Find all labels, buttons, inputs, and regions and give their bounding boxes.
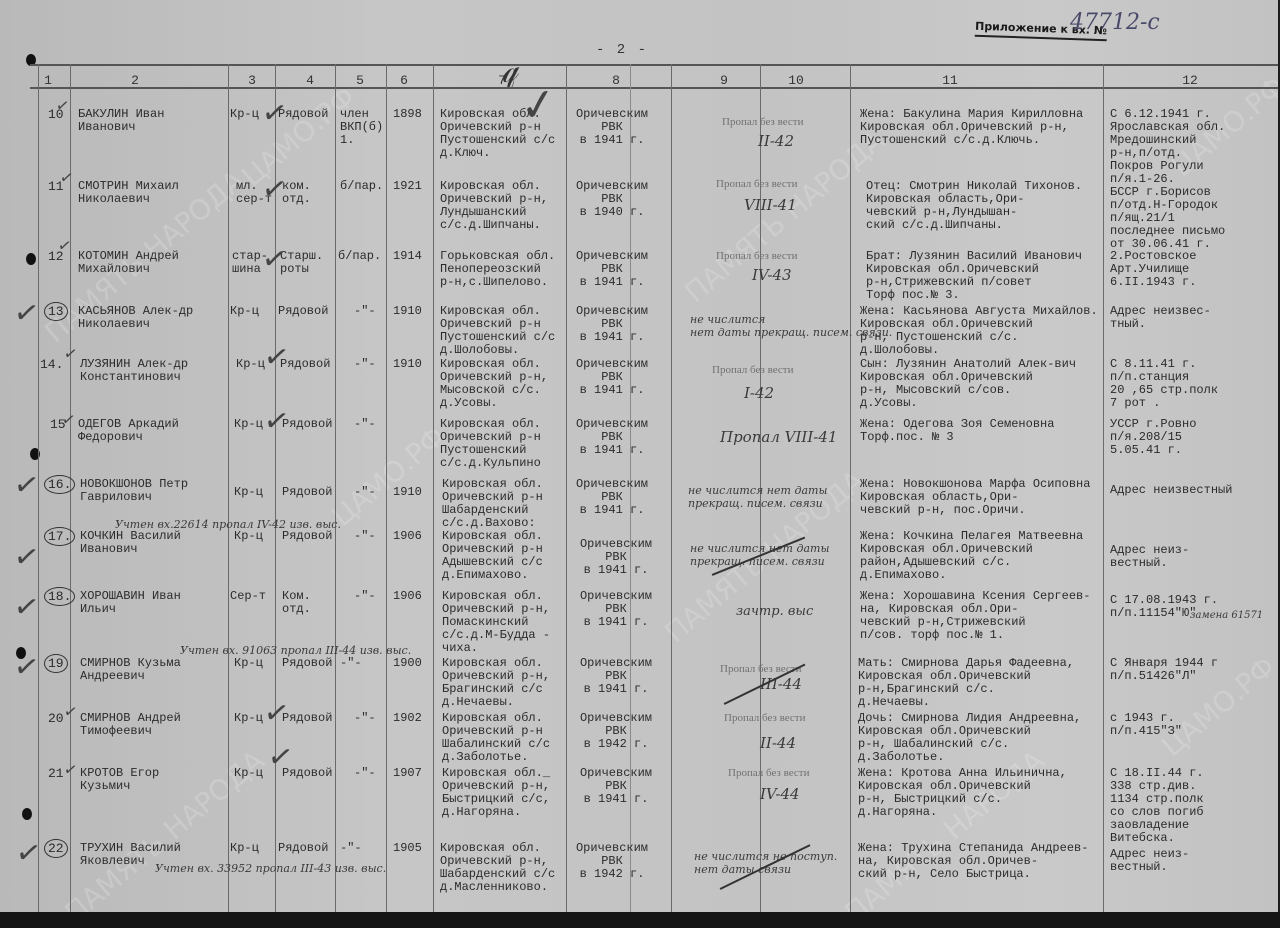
birthplace: Кировская обл. Оричевский р-н Адышевский… — [442, 530, 543, 582]
status-stamp: Пропал без вести — [720, 663, 801, 675]
relative-info: Жена: Бакулина Мария Кирилловна Кировска… — [860, 108, 1083, 147]
last-address: С 6.12.1941 г. Ярославская обл. Мредошин… — [1110, 108, 1225, 186]
column-header: 3 — [232, 73, 272, 88]
relative-info: Жена: Одегова Зоя Семеновна Торф.пос. № … — [860, 418, 1054, 444]
party: -"- — [340, 657, 362, 670]
column-header: 5 — [340, 73, 380, 88]
relative-info: Мать: Смирнова Дарья Фадеевна, Кировская… — [858, 657, 1074, 709]
page-number: - 2 - — [596, 42, 648, 58]
check-mark-icon: ✓ — [261, 338, 292, 377]
soldier-name: КОТОМИН Андрей Михайлович — [78, 250, 179, 276]
status-stamp: Пропал без вести — [724, 712, 805, 724]
rank: Кр-ц — [234, 767, 263, 780]
birth-year: 1906 — [393, 590, 422, 603]
position: Ком. отд. — [282, 590, 311, 616]
last-address: БССР г.Борисов п/отд.Н-Городок п/ящ.21/1… — [1110, 186, 1225, 251]
rank: Кр-ц — [234, 530, 263, 543]
position: Рядовой — [278, 305, 328, 318]
birth-year: 1910 — [393, 358, 422, 371]
position: Рядовой — [282, 657, 332, 670]
rank: Кр-ц — [230, 842, 259, 855]
birthplace: Кировская обл. Оричевский р-н Пустошенск… — [440, 305, 555, 357]
party: -"- — [354, 418, 376, 431]
column-divider — [566, 64, 567, 912]
column-divider — [850, 64, 851, 912]
relative-info: Жена: Кочкина Пелагея Матвеевна Кировска… — [860, 530, 1083, 582]
status-date: I-42 — [744, 384, 774, 402]
soldier-name: КРОТОВ Егор Кузьмич — [80, 767, 159, 793]
handwritten-note: зачтр. выс — [736, 604, 813, 619]
rank: Кр-ц — [230, 305, 259, 318]
rank: Кр-ц — [234, 418, 263, 431]
soldier-name: СМИРНОВ Андрей Тимофеевич — [80, 712, 181, 738]
rank: Сер-т — [230, 590, 266, 603]
relative-info: Жена: Трухина Степанида Андреев- на, Кир… — [858, 842, 1088, 881]
incoming-number: 47712-с — [1070, 10, 1160, 35]
row-number: 22 — [44, 842, 68, 855]
birthplace: Кировская обл. Оричевский р-н, Шабарденс… — [440, 842, 555, 894]
status-stamp: Пропал без вести — [712, 364, 793, 376]
table-header-border — [30, 87, 1278, 89]
soldier-name: ЛУЗЯНИН Алек-др Константинович — [80, 358, 188, 384]
birthplace: Кировская обл._ Оричевский р-н, Быстрицк… — [442, 767, 550, 819]
party: -"- — [354, 358, 376, 371]
row-number: 19 — [44, 657, 68, 670]
position: Рядовой — [278, 842, 328, 855]
birthplace: Кировская обл. Оричевский р-н Шабарденск… — [442, 478, 543, 530]
status-date: IV-43 — [752, 266, 792, 284]
row-number: 18. — [44, 590, 75, 603]
party: -"- — [354, 305, 376, 318]
rank: Кр-ц — [234, 712, 263, 725]
drafted-by: Оричевским РВК в 1941 г. — [576, 590, 656, 629]
drafted-by: Оричевским РВК в 1941 г. — [572, 305, 652, 344]
birthplace: Кировская обл. Оричевский р-н, Брагински… — [442, 657, 550, 709]
birthplace: Горьковская обл. Пенопереозский р-н,с.Ши… — [440, 250, 555, 289]
soldier-name: ХОРОШАВИН Иван Ильич — [80, 590, 181, 616]
birthplace: Кировская обл. Оричевский р-н, Лундышанс… — [440, 180, 548, 232]
row-number: 21 — [48, 767, 64, 780]
birth-year: 1910 — [393, 305, 422, 318]
relative-info: Жена: Кротова Анна Ильинична, Кировская … — [858, 767, 1067, 819]
column-divider — [433, 64, 434, 912]
check-mark-icon: ✓ — [54, 95, 71, 116]
relative-info: Дочь: Смирнова Лидия Андреевна, Кировска… — [858, 712, 1081, 764]
status-date: III-44 — [760, 675, 802, 693]
last-address: С 8.11.41 г. п/п.станция 20 ,65 стр.полк… — [1110, 358, 1218, 410]
handwritten-note: не числится не поступ. нет даты связи — [694, 850, 837, 876]
soldier-name: ОДЕГОВ Аркадий Федорович — [78, 418, 179, 444]
column-header: 2 — [115, 73, 155, 88]
column-divider — [1103, 64, 1104, 912]
birthplace: Кировская обл. Оричевский р-н Пустошенск… — [440, 418, 541, 470]
column-header: 7 — [482, 73, 522, 88]
last-address: с 1943 г. п/п.415"З" — [1110, 712, 1182, 738]
party: б/пар. — [338, 250, 381, 263]
archive-document-page: ЦАМО.РФ ПАМЯТЬ НАРОДА ЦАМО.РФ ПАМЯТЬ НАР… — [0, 0, 1278, 912]
rank: Кр-ц — [234, 486, 263, 499]
drafted-by: Оричевским РВК в 1941 г. — [572, 108, 652, 147]
column-header: 9 — [704, 73, 744, 88]
party: -"- — [354, 712, 376, 725]
party: -"- — [354, 486, 376, 499]
column-header: 10 — [776, 73, 816, 88]
column-header: 6 — [384, 73, 424, 88]
birthplace: Кировская обл. Оричевский р-н, Помаскинс… — [442, 590, 550, 655]
check-mark-icon: ✓ — [259, 94, 290, 133]
soldier-name: БАКУЛИН Иван Иванович — [78, 108, 164, 134]
check-mark-icon: ✓ — [62, 701, 79, 722]
status-date: IV-44 — [760, 785, 800, 803]
last-address: С 18.II.44 г. 338 стр.див. 1134 стр.полк… — [1110, 767, 1204, 845]
column-header: 4 — [290, 73, 330, 88]
last-address: Адрес неизвес- тный. — [1110, 305, 1211, 331]
drafted-by: Оричевским РВК в 1940 г. — [572, 180, 652, 219]
column-header: 11 — [930, 73, 970, 88]
last-address: Адрес неиз- вестный. — [1110, 848, 1189, 874]
status-stamp: Пропал без вести — [722, 116, 803, 128]
party: -"- — [340, 842, 362, 855]
relative-info: Жена: Новокшонова Марфа Осиповна Кировск… — [860, 478, 1090, 517]
check-mark-icon: ✓ — [62, 759, 79, 780]
position: Рядовой — [282, 530, 332, 543]
last-address: УССР г.Ровно п/я.208/15 5.05.41 г. — [1110, 418, 1196, 457]
birth-year: 1910 — [393, 486, 422, 499]
punch-hole — [22, 808, 32, 820]
column-divider — [228, 64, 229, 912]
drafted-by: Оричевским РВК в 1941 г. — [572, 358, 652, 397]
column-header: 12 — [1170, 73, 1210, 88]
birthplace: Кировская обл. Оричевский р-н Шабалински… — [442, 712, 550, 764]
row-number: 17. — [44, 530, 75, 543]
birth-year: 1902 — [393, 712, 422, 725]
column-header: 8 — [596, 73, 636, 88]
drafted-by: Оричевским РВК в 1941 г. — [572, 418, 652, 457]
birth-year: 1900 — [393, 657, 422, 670]
status-date: VIII-41 — [744, 196, 797, 214]
check-mark-icon: ✓ — [13, 834, 44, 873]
relative-info: Сын: Лузянин Анатолий Алек-вич Кировская… — [860, 358, 1076, 410]
party: б/пар. — [340, 180, 383, 193]
column-divider — [335, 64, 336, 912]
birth-year: 1921 — [393, 180, 422, 193]
relative-info: Жена: Касьянова Августа Михайлов. Кировс… — [860, 305, 1098, 357]
soldier-name: СМИРНОВ Кузьма Андреевич — [80, 657, 181, 683]
position: Рядовой — [282, 712, 332, 725]
margin-note: Учтен вх. 33952 пропал III-43 изв. выс. — [155, 862, 386, 875]
relative-info: Жена: Хорошавина Ксения Сергеев- на, Кир… — [860, 590, 1090, 642]
status-stamp: Пропал без вести — [728, 767, 809, 779]
status-date: II-44 — [760, 734, 796, 752]
drafted-by: Оричевским РВК в 1941 г. — [576, 657, 656, 696]
check-mark-icon: ✓ — [261, 402, 292, 441]
column-divider — [671, 64, 672, 912]
column-divider — [386, 64, 387, 912]
check-mark-icon: ✓ — [517, 78, 561, 134]
drafted-by: Оричевским РВК в 1942 г. — [572, 842, 652, 881]
status-stamp: Пропал без вести — [716, 250, 797, 262]
row-number: 20 — [48, 712, 64, 725]
soldier-name: КОЧКИН Василий Иванович — [80, 530, 181, 556]
birthplace: Кировская обл. Оричевский р-н, Мысовской… — [440, 358, 548, 410]
row-number: 16. — [44, 478, 75, 491]
row-number: 14. — [40, 358, 63, 371]
birth-year: 1905 — [393, 842, 422, 855]
handwritten-note: не числится нет даты прекращ. писем. свя… — [688, 484, 827, 510]
drafted-by: Оричевским РВК в 1941 г. — [576, 538, 656, 577]
status-stamp: Пропал без вести — [716, 178, 797, 190]
last-address: 2.Ростовское Арт.Училище 6.II.1943 г. — [1110, 250, 1196, 289]
soldier-name: СМОТРИН Михаил Николаевич — [78, 180, 179, 206]
drafted-by: Оричевским РВК в 1941 г. — [576, 767, 656, 806]
address-correction: замена 61571 — [1190, 610, 1263, 621]
check-mark-icon: ✓ — [261, 694, 292, 733]
drafted-by: Оричевским РВК в 1942 г. — [576, 712, 656, 751]
scan-border — [0, 912, 1280, 928]
last-address: С Января 1944 г п/п.51426"Л" — [1110, 657, 1218, 683]
birth-year: 1907 — [393, 767, 422, 780]
punch-hole — [26, 253, 36, 265]
table-top-border — [30, 64, 1278, 66]
relative-info: Отец: Смотрин Николай Тихонов. Кировская… — [866, 180, 1082, 232]
birth-year: 1898 — [393, 108, 422, 121]
birth-year: 1914 — [393, 250, 422, 263]
party: -"- — [354, 530, 376, 543]
relative-info: Брат: Лузянин Василий Иванович Кировская… — [866, 250, 1082, 302]
drafted-by: Оричевским РВК в 1941 г. — [572, 478, 652, 517]
status-date: II-42 — [758, 132, 794, 150]
row-number: 13 — [44, 305, 68, 318]
rank: Кр-ц — [230, 108, 259, 121]
soldier-name: НОВОКШОНОВ Петр Гаврилович — [80, 478, 188, 504]
position: Рядовой — [282, 486, 332, 499]
check-mark-icon: ✓ — [62, 343, 79, 364]
party: член ВКП(б) 1. — [340, 108, 383, 147]
birth-year: 1906 — [393, 530, 422, 543]
rank: Кр-ц — [236, 358, 265, 371]
check-mark-icon: ✓ — [58, 167, 75, 188]
last-address: Адрес неиз- вестный. — [1110, 544, 1189, 570]
handwritten-note: Пропал VIII-41 — [720, 428, 837, 446]
party: -"- — [354, 590, 376, 603]
drafted-by: Оричевским РВК в 1941 г. — [572, 250, 652, 289]
rank: Кр-ц — [234, 657, 263, 670]
last-address: Адрес неизвестный — [1110, 484, 1232, 497]
party: -"- — [354, 767, 376, 780]
soldier-name: КАСЬЯНОВ Алек-др Николаевич — [78, 305, 193, 331]
check-mark-icon: ✓ — [60, 409, 77, 430]
column-header: 1 — [28, 73, 68, 88]
